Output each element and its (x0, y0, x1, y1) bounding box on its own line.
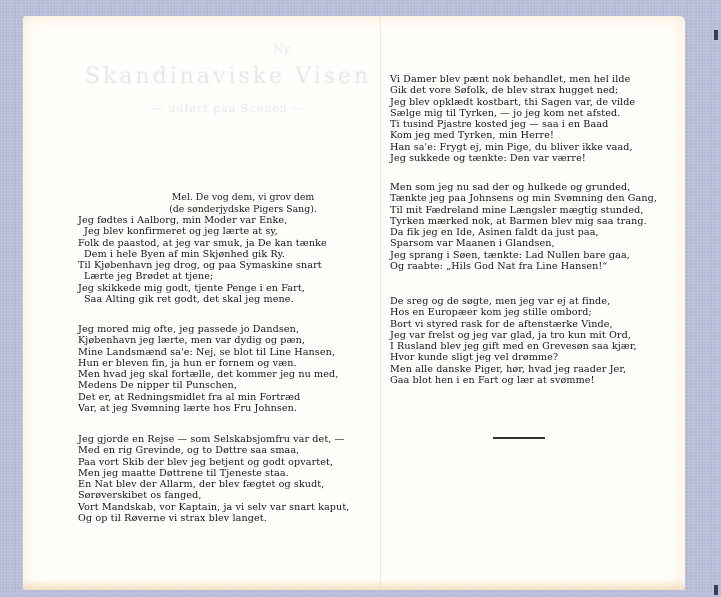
verse-line: Da fik jeg en Ide, Asinen faldt da just … (390, 227, 657, 238)
end-rule-divider (493, 437, 545, 439)
verse-line: Jeg sprang i Søen, tænkte: Lad Nullen ba… (390, 250, 657, 261)
verse-line: Men alle danske Piger, hør, hvad jeg raa… (390, 364, 637, 375)
verse-line: Jeg sukkede og tænkte: Den var værre! (390, 153, 635, 164)
verse-line: Gaa blot hen i en Fart og lær at svømme! (390, 375, 637, 386)
melody-line: Mel. De vog dem, vi grov dem (143, 192, 343, 204)
verse-line: Paa vort Skib der blev jeg betjent og go… (78, 457, 349, 468)
verse-line: Og raabte: „Hils God Nat fra Line Hansen… (390, 261, 657, 272)
verse-line: Bort vi styred rask for de aftenstærke V… (390, 319, 637, 330)
verse-line: Sørøverskibet os fanged, (78, 490, 349, 501)
verse-line: Men hvad jeg skal fortælle, det kommer j… (78, 369, 338, 380)
document-page: Ny Skandinaviske Visen — udført paa Scen… (23, 16, 685, 590)
verse-line: Til mit Fædreland mine Længsler mægtig s… (390, 205, 657, 216)
verse-line: Tænkte jeg paa Johnsens og min Svømning … (390, 193, 657, 204)
verse-line: Hos en Europæer kom jeg stille ombord; (390, 307, 637, 318)
verse-line: Medens De nipper til Punschen, (78, 380, 338, 391)
verse-line: Sælge mig til Tyrken, — jo jeg kom net a… (390, 108, 635, 119)
stanza-6: De sreg og de søgte, men jeg var ej at f… (390, 296, 637, 386)
melody-note: Mel. De vog dem, vi grov dem (de sønderj… (143, 192, 343, 215)
verse-line: Jeg blev konfirmeret og jeg lærte at sy, (78, 226, 327, 237)
stanza-4: Vi Damer blev pænt nok behandlet, men he… (390, 74, 635, 164)
stanza-1: Jeg fødtes i Aalborg, min Moder var Enke… (78, 215, 327, 305)
bleed-through-title: Skandinaviske Visen (83, 64, 373, 89)
verse-line: Jeg blev opklædt kostbart, thi Sagen var… (390, 97, 635, 108)
stanza-5: Men som jeg nu sad der og hulkede og gru… (390, 182, 657, 272)
verse-line: En Nat blev der Allarm, der blev fægtet … (78, 479, 349, 490)
verse-line: Det er, at Redningsmidlet fra al min For… (78, 392, 338, 403)
scan-edge-mark (714, 585, 718, 595)
verse-line: Mine Landsmænd sa'e: Nej, se blot til Li… (78, 347, 338, 358)
verse-line: Dem i hele Byen af min Skjønhed gik Ry. (78, 249, 327, 260)
verse-line: Kjøbenhavn jeg lærte, men var dydig og p… (78, 335, 338, 346)
verse-line: Jeg var frelst og jeg var glad, ja tro k… (390, 330, 637, 341)
verse-line: Folk de paastod, at jeg var smuk, ja De … (78, 238, 327, 249)
bleed-through-subtitle: — udført paa Scenen — (83, 102, 373, 115)
verse-line: Saa Alting gik ret godt, det skal jeg me… (78, 294, 327, 305)
verse-line: Sparsom var Maanen i Glandsen, (390, 238, 657, 249)
verse-line: Tyrken mærked nok, at Barmen blev mig sa… (390, 216, 657, 227)
verse-line: Vi Damer blev pænt nok behandlet, men he… (390, 74, 635, 85)
melody-line: (de sønderjydske Pigers Sang). (143, 204, 343, 216)
verse-line: Han sa'e: Frygt ej, min Pige, du bliver … (390, 142, 635, 153)
verse-line: Lærte jeg Brødet at tjene; (78, 271, 327, 282)
verse-line: Kom jeg med Tyrken, min Herre! (390, 130, 635, 141)
verse-line: Og op til Røverne vi strax blev langet. (78, 513, 349, 524)
verse-line: Jeg fødtes i Aalborg, min Moder var Enke… (78, 215, 327, 226)
stanza-3: Jeg gjorde en Rejse — som Selskabsjomfru… (78, 434, 349, 524)
verse-line: Til Kjøbenhavn jeg drog, og paa Symaskin… (78, 260, 327, 271)
stanza-2: Jeg mored mig ofte, jeg passede jo Dands… (78, 324, 338, 414)
verse-line: Jeg gjorde en Rejse — som Selskabsjomfru… (78, 434, 349, 445)
verse-line: Ti tusind Pjastre kosted jeg — saa i en … (390, 119, 635, 130)
verse-line: Med en rig Grevinde, og to Døttre saa sm… (78, 445, 349, 456)
bleed-through-text: Ny (273, 42, 290, 56)
verse-line: Men som jeg nu sad der og hulkede og gru… (390, 182, 657, 193)
verse-line: Jeg skikkede mig godt, tjente Penge i en… (78, 283, 327, 294)
verse-line: I Rusland blev jeg gift med en Grevesøn … (390, 341, 637, 352)
verse-line: Jeg mored mig ofte, jeg passede jo Dands… (78, 324, 338, 335)
verse-line: Gik det vore Søfolk, de blev strax hugge… (390, 85, 635, 96)
verse-line: De sreg og de søgte, men jeg var ej at f… (390, 296, 637, 307)
verse-line: Hun er bleven fin, ja hun er fornem og v… (78, 358, 338, 369)
verse-line: Hvor kunde sligt jeg vel drømme? (390, 352, 637, 363)
verse-line: Men jeg maatte Døttrene til Tjeneste sta… (78, 468, 349, 479)
verse-line: Var, at jeg Svømning lærte hos Fru Johns… (78, 403, 338, 414)
page-gutter (380, 16, 381, 590)
verse-line: Vort Mandskab, vor Kaptain, ja vi selv v… (78, 502, 349, 513)
scan-edge-mark (714, 30, 718, 40)
